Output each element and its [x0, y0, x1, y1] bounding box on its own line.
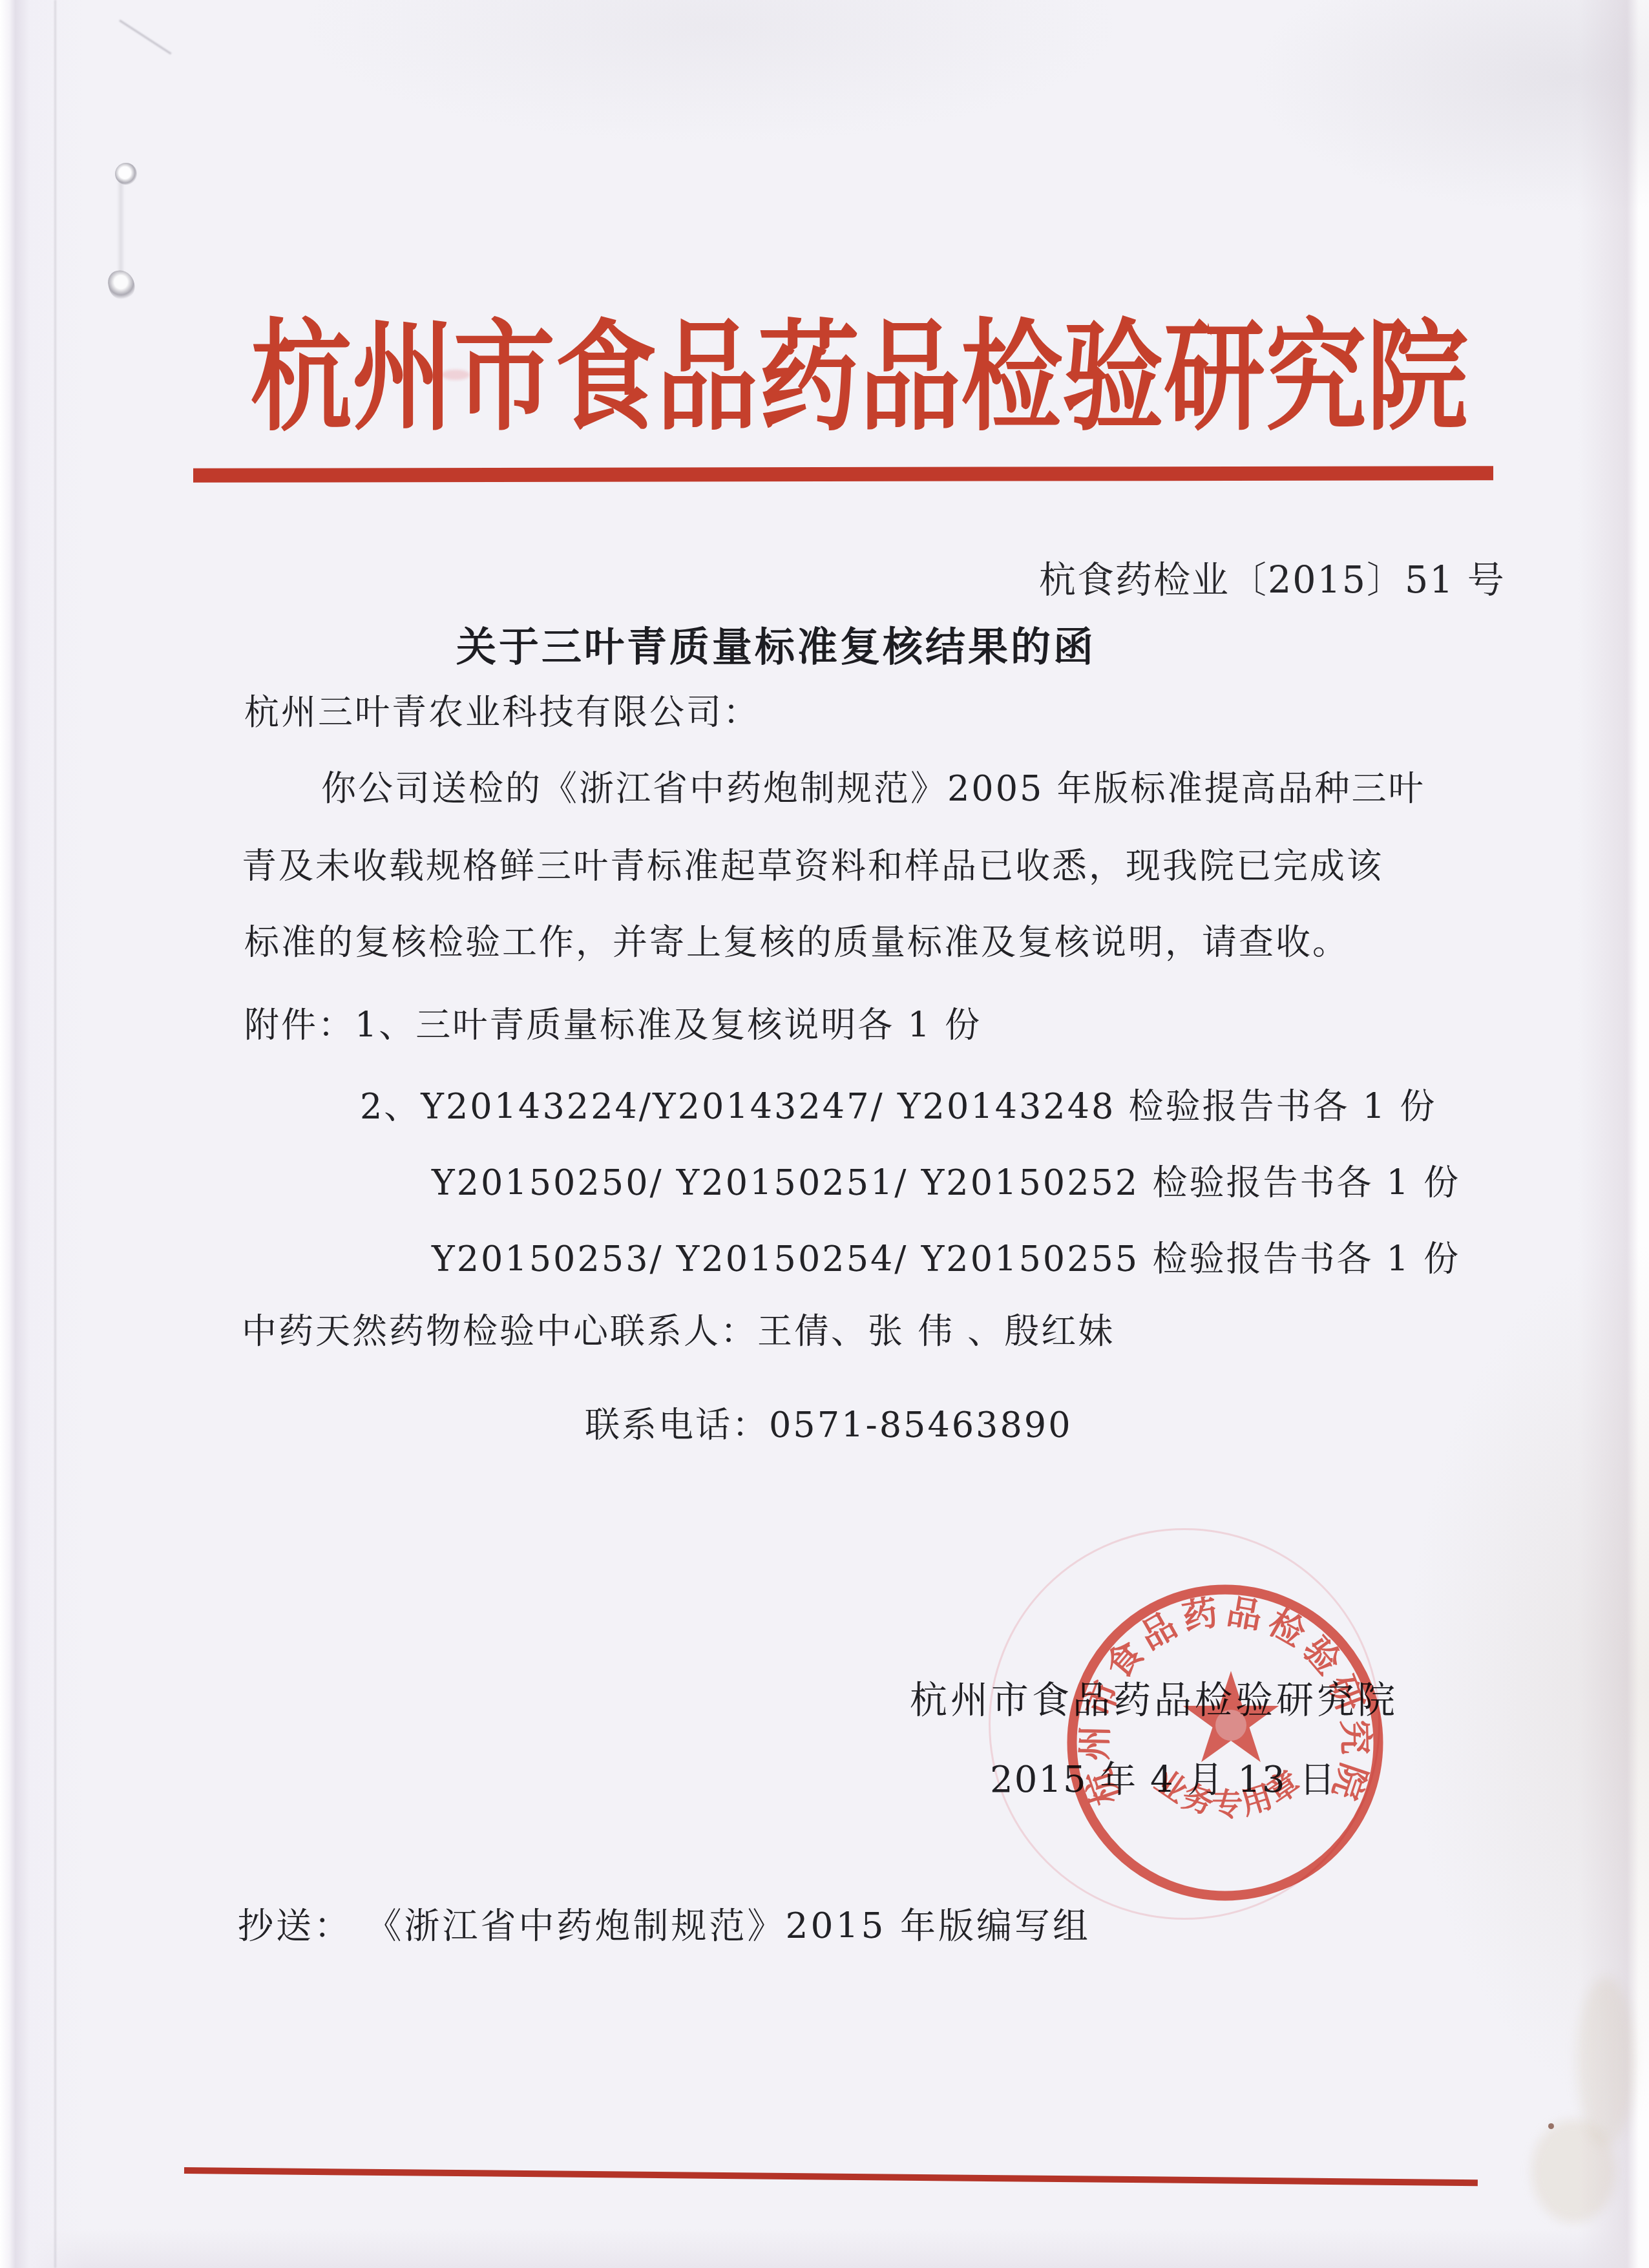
letter-subject: 关于三叶青质量标准复核结果的函 [456, 615, 1096, 673]
contact-phone-line: 联系电话：0571-85463890 [585, 1405, 1073, 1445]
body-paragraph-line: 标准的复核检验工作，并寄上复核的质量标准及复核说明，请查收。 [244, 923, 1349, 963]
letterhead-org-title: 杭州市食品药品检验研究院 [251, 318, 1468, 437]
footer-rule [184, 2167, 1478, 2186]
official-seal: 杭州市食品药品检验研究院 业务专用章 [1064, 1580, 1387, 1904]
attachment-line: Y20150253/ Y20150254/ Y20150255 检验报告书各 1… [432, 1239, 1460, 1279]
recipient-line: 杭州三叶青农业科技有限公司： [244, 693, 760, 733]
scanned-letter-page: 杭州市食品药品检验研究院 杭食药检业〔2015〕51 号 关于三叶青质量标准复核… [0, 0, 1649, 2268]
paper-fleck [1548, 2123, 1554, 2129]
attachment-line: 2、Y20143224/Y20143247/ Y20143248 检验报告书各 … [360, 1087, 1436, 1127]
document-number: 杭食药检业〔2015〕51 号 [1039, 551, 1506, 604]
paper-stain [1577, 1977, 1635, 2145]
seal-bottom-text-group: 业务专用章 [1148, 1763, 1308, 1822]
cc-line: 抄送： 《浙江省中药炮制规范》2015 年版编写组 [238, 1897, 1091, 1948]
corner-crease [119, 19, 171, 54]
attachment-line: Y20150250/ Y20150251/ Y20150252 检验报告书各 1… [432, 1163, 1460, 1203]
paper-left-edge-shadow [54, 0, 56, 2268]
letterhead-rule [193, 466, 1493, 483]
seal-star-mottle [1215, 1710, 1246, 1741]
attachment-line: 附件：1、三叶青质量标准及复核说明各 1 份 [244, 1005, 982, 1045]
seal-bottom-text: 业务专用章 [1148, 1763, 1308, 1822]
contact-person-line: 中药天然药物检验中心联系人：王倩、张 伟 、殷红妹 [242, 1312, 1115, 1352]
body-paragraph-line: 青及未收载规格鲜三叶青标准起草资料和样品已收悉，现我院已完成该 [242, 846, 1383, 887]
body-paragraph-line: 你公司送检的《浙江省中药炮制规范》2005 年版标准提高品种三叶 [321, 769, 1425, 809]
staple-mark [106, 268, 138, 302]
staple-smear [119, 181, 123, 278]
